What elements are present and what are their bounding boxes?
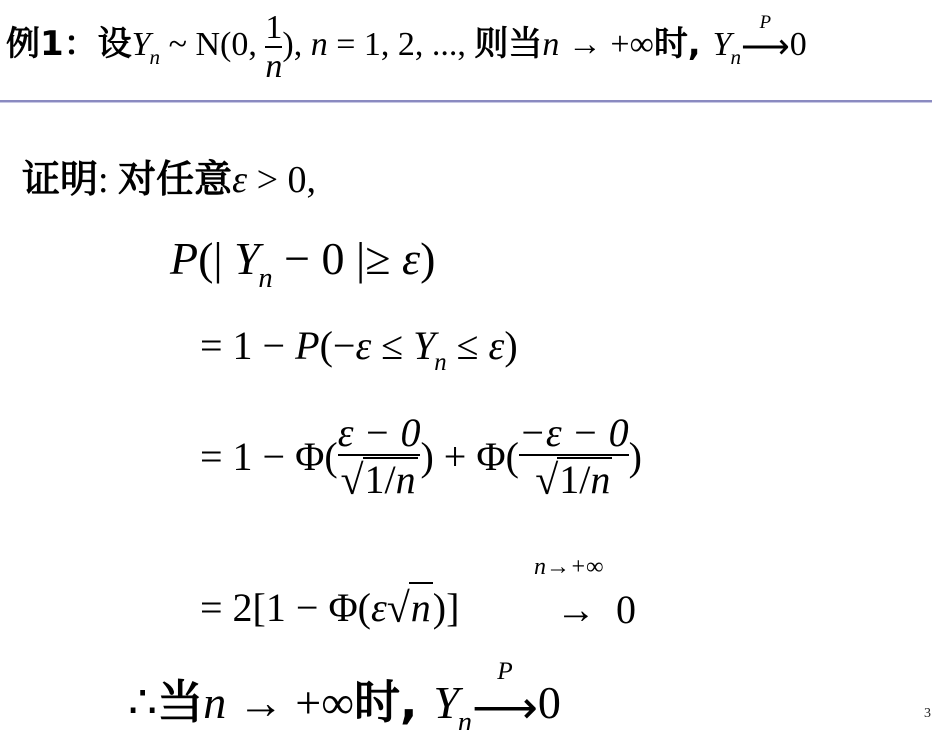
therefore-icon: ∴: [128, 677, 157, 728]
epsilon-condition: > 0,: [247, 159, 316, 201]
convergence-in-probability-arrow: P ⟶: [472, 676, 538, 730]
conclusion-line: ∴当n → +∞时, YnP ⟶0: [128, 666, 561, 730]
var-n: n: [311, 26, 328, 63]
page-number: 3: [924, 706, 931, 722]
example-label: 例1：设: [6, 24, 132, 64]
proof-colon: :: [98, 159, 118, 201]
proof-intro: 证明: 对任意ε > 0,: [22, 148, 316, 203]
epsilon: ε: [232, 159, 247, 201]
var-Y: Y: [713, 26, 732, 63]
equation-line-3: = 1 − Φ(ε − 0√1/n) + Φ(−ε − 0√1/n): [200, 412, 642, 501]
var-n: n: [542, 26, 559, 63]
fraction-standardized-lower: −ε − 0√1/n: [519, 412, 629, 501]
equation-line-1: P(| Yn − 0 |≥ ε): [170, 232, 435, 285]
var-Y: Y: [132, 26, 151, 63]
equation-line-4: = 2[1 − Φ(ε√n)]: [200, 582, 459, 631]
subscript-n: n: [150, 45, 161, 69]
limit-arrow: → 0: [556, 586, 636, 633]
sqrt-icon: √1/n: [341, 457, 418, 501]
time-text: 时,: [654, 24, 713, 64]
subscript-n: n: [730, 45, 741, 69]
sqrt-icon: √1/n: [535, 457, 612, 501]
fraction-1-over-n: 1n: [265, 10, 282, 84]
sqrt-icon: √n: [387, 582, 433, 631]
distribution-open: ~ N(0,: [160, 26, 265, 63]
convergence-in-probability-arrow: P ⟶: [741, 26, 790, 67]
arrow-right-icon: →: [556, 587, 596, 632]
equation-line-2: = 1 − P(−ε ≤ Yn ≤ ε): [200, 322, 518, 369]
for-any-text: 对任意: [118, 157, 232, 201]
n-values: = 1, 2, ...,: [328, 26, 475, 63]
limit-condition-label: n→+∞: [534, 554, 603, 581]
tends-to-infinity: → +∞: [559, 26, 653, 63]
limit-value: 0: [616, 587, 636, 632]
fraction-standardized-upper: ε − 0√1/n: [338, 412, 421, 501]
limit-value: 0: [790, 26, 807, 63]
proof-label: 证明: [22, 157, 98, 201]
then-when-text: 则当: [474, 24, 542, 64]
distribution-close: ),: [282, 26, 310, 63]
title-divider: [0, 100, 932, 103]
example-statement: 例1：设Yn ~ N(0, 1n), n = 1, 2, ..., 则当n → …: [6, 10, 807, 90]
